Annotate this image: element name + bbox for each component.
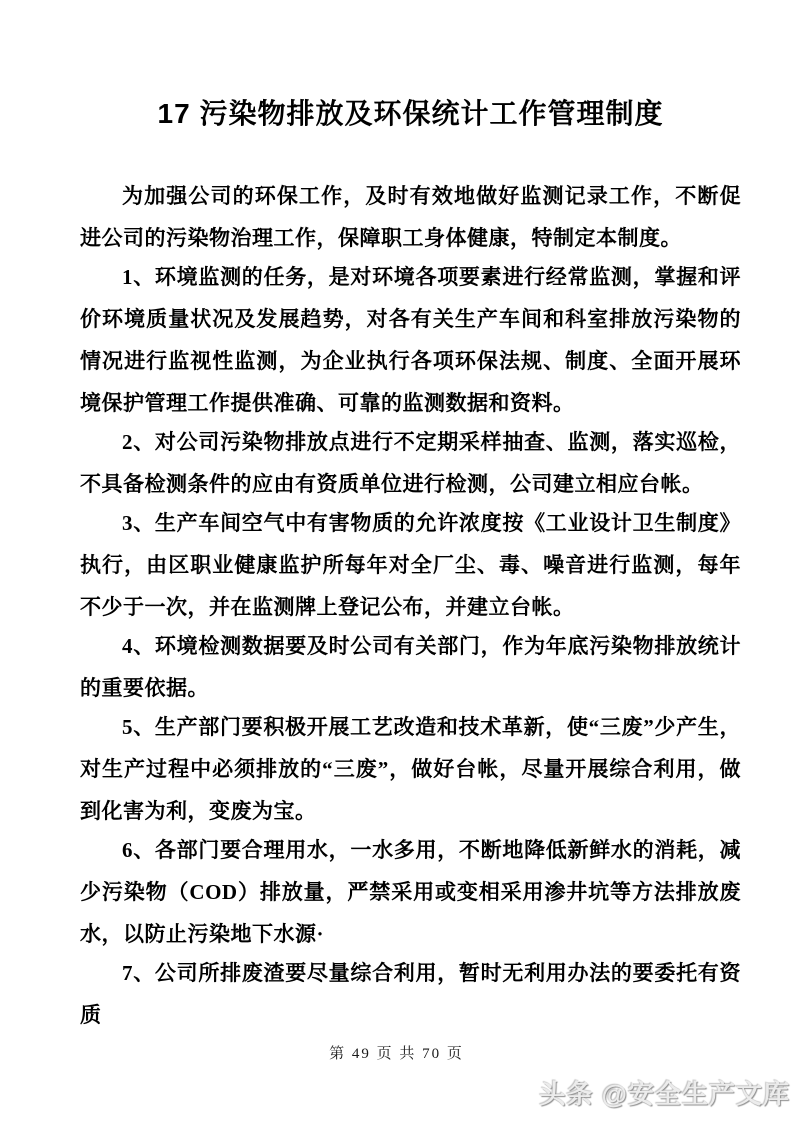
paragraph-item-3: 3、生产车间空气中有害物质的允许浓度按《工业设计卫生制度》执行，由区职业健康监护…: [80, 502, 741, 628]
document-body: 为加强公司的环保工作，及时有效地做好监测记录工作，不断促进公司的污染物治理工作，…: [80, 175, 741, 1036]
paragraph-item-2: 2、对公司污染物排放点进行不定期采样抽查、监测，落实巡检，不具备检测条件的应由有…: [80, 421, 741, 505]
paragraph-item-6: 6、各部门要合理用水，一水多用，不断地降低新鲜水的消耗，减少污染物（COD）排放…: [80, 829, 741, 955]
paragraph-intro: 为加强公司的环保工作，及时有效地做好监测记录工作，不断促进公司的污染物治理工作，…: [80, 175, 741, 259]
document-page: 17 污染物排放及环保统计工作管理制度 为加强公司的环保工作，及时有效地做好监测…: [0, 0, 793, 1122]
page-number: 第 49 页 共 70 页: [0, 1042, 793, 1063]
paragraph-item-5: 5、生产部门要积极开展工艺改造和技术革新，使“三废”少产生，对生产过程中必须排放…: [80, 706, 741, 832]
paragraph-item-1: 1、环境监测的任务，是对环境各项要素进行经常监测，掌握和评价环境质量状况及发展趋…: [80, 256, 741, 424]
document-title: 17 污染物排放及环保统计工作管理制度: [80, 92, 741, 136]
watermark: 头条 @安全生产文库: [539, 1074, 790, 1111]
paragraph-item-7: 7、公司所排废渣要尽量综合利用，暂时无利用办法的要委托有资质: [80, 952, 741, 1036]
paragraph-item-4: 4、环境检测数据要及时公司有关部门，作为年底污染物排放统计的重要依据。: [80, 625, 741, 709]
